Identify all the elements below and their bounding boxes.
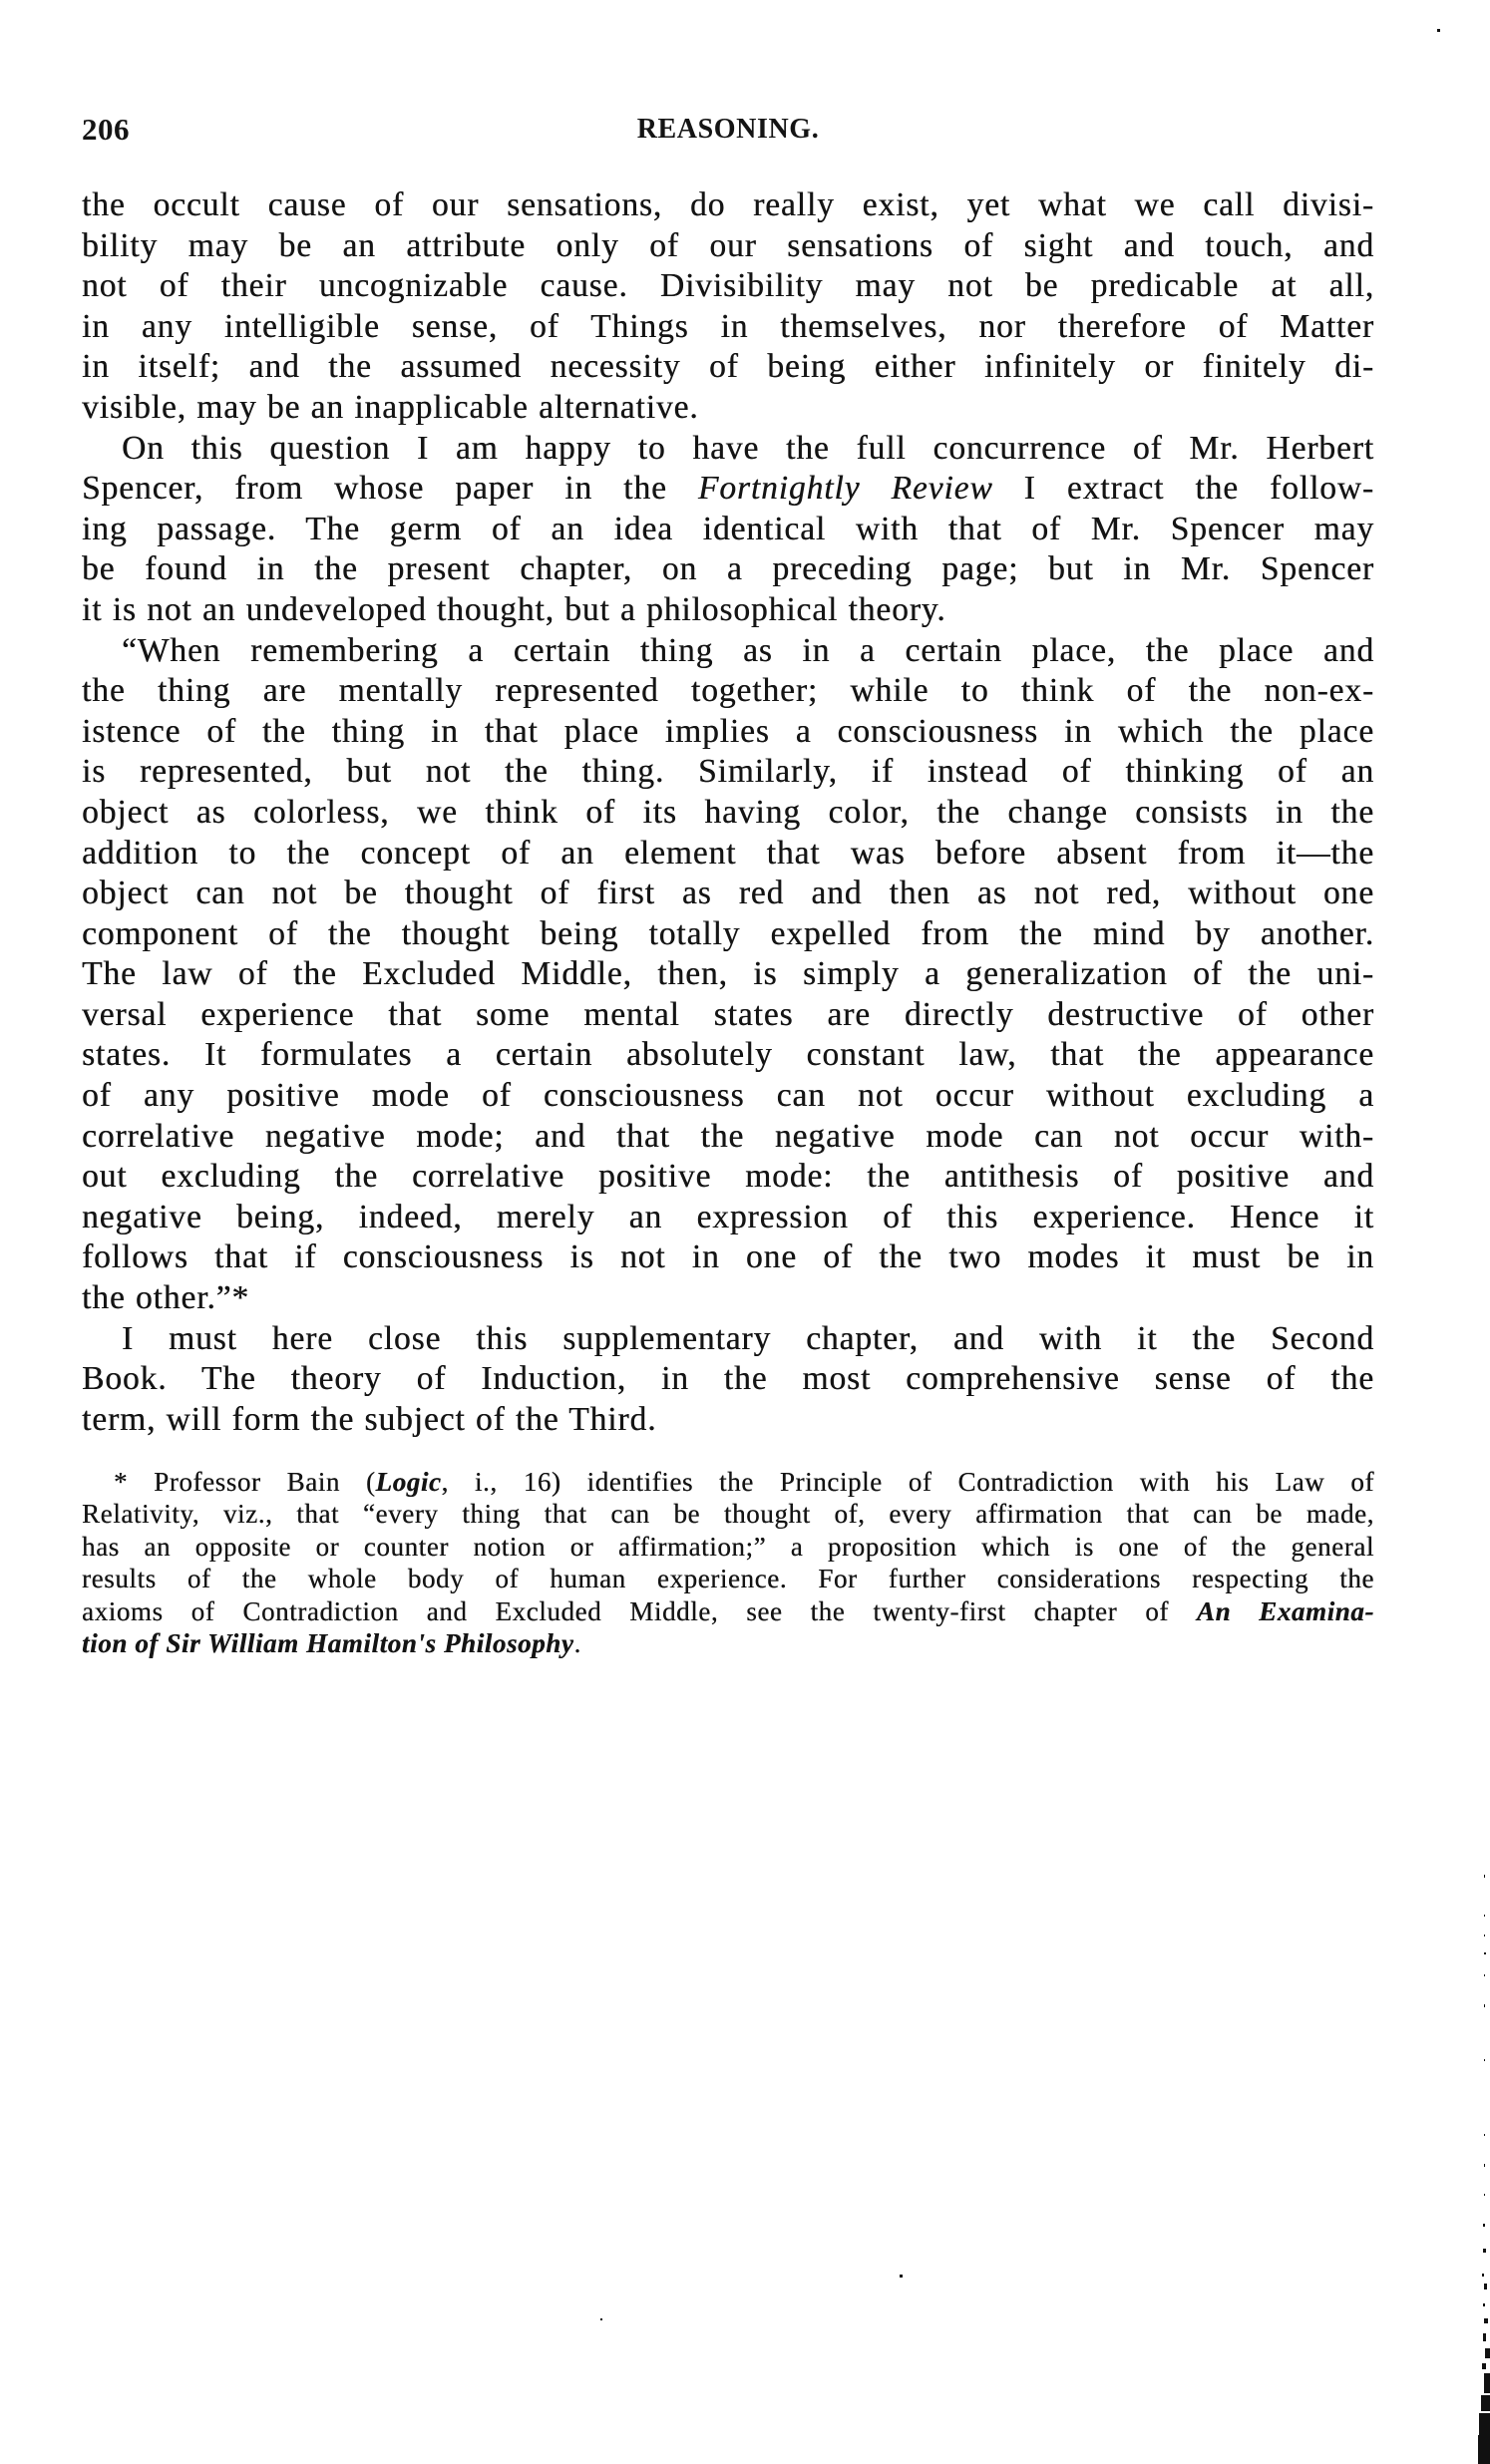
quotation-paragraph: “When remembering a certain thing as in …	[82, 631, 1374, 1319]
text-line: versal experience that some mental state…	[82, 995, 1374, 1036]
paragraph: I must here close this supplementary cha…	[82, 1319, 1374, 1441]
text-line: visible, may be an inapplicable alternat…	[82, 388, 1374, 429]
text-run: .	[573, 1628, 580, 1658]
text-line: the thing are mentally represented toget…	[82, 671, 1374, 712]
binding-edge-noise	[1476, 1865, 1490, 2464]
footnote-line: tion of Sir William Hamilton's Philosoph…	[82, 1627, 1374, 1659]
cited-title: Logic	[376, 1467, 442, 1497]
text-line: in any intelligible sense, of Things in …	[82, 307, 1374, 348]
text-line: states. It formulates a certain absolute…	[82, 1035, 1374, 1076]
book-page: 206 REASONING. the occult cause of our s…	[0, 0, 1490, 2464]
footnote-reference-line: the other.”*	[82, 1278, 1374, 1319]
text-line: istence of the thing in that place impli…	[82, 712, 1374, 753]
text-line: negative being, indeed, merely an expres…	[82, 1198, 1374, 1238]
scan-speck	[600, 2318, 602, 2320]
text-line: object can not be thought of first as re…	[82, 874, 1374, 914]
running-header: 206 REASONING.	[82, 112, 1374, 148]
cited-title: tion of Sir William Hamilton's Philosoph…	[82, 1628, 573, 1658]
text-run: , i., 16) identifies the Principle of Co…	[442, 1467, 1374, 1497]
text-line: not of their uncognizable cause. Divisib…	[82, 266, 1374, 307]
footnote: * Professor Bain (Logic, i., 16) identif…	[82, 1466, 1374, 1659]
text-line: bility may be an attribute only of our s…	[82, 226, 1374, 267]
text-line: of any positive mode of consciousness ca…	[82, 1076, 1374, 1117]
text-line: addition to the concept of an element th…	[82, 834, 1374, 875]
text-line: term, will form the subject of the Third…	[82, 1400, 1374, 1441]
scan-speck	[1437, 29, 1440, 32]
text-line: ing passage. The germ of an idea identic…	[82, 510, 1374, 550]
text-line: is represented, but not the thing. Simil…	[82, 752, 1374, 793]
footnote-line: axioms of Contradiction and Excluded Mid…	[82, 1595, 1374, 1627]
text-line: it is not an undeveloped thought, but a …	[82, 590, 1374, 631]
scan-speck	[900, 2275, 903, 2278]
text-line: Book. The theory of Induction, in the mo…	[82, 1359, 1374, 1400]
text-line: out excluding the correlative positive m…	[82, 1157, 1374, 1198]
text-line: in itself; and the assumed necessity of …	[82, 347, 1374, 388]
footnote-line: has an opposite or counter notion or aff…	[82, 1531, 1374, 1563]
footnote-line: Relativity, viz., that “every thing that…	[82, 1498, 1374, 1530]
footnote-line: results of the whole body of human exper…	[82, 1563, 1374, 1594]
text-line: I must here close this supplementary cha…	[82, 1319, 1374, 1360]
paragraph: On this question I am happy to have the …	[82, 429, 1374, 631]
text-line: component of the thought being totally e…	[82, 914, 1374, 955]
text-run: Spencer, from whose paper in the	[82, 470, 698, 507]
text-line: object as colorless, we think of its hav…	[82, 793, 1374, 834]
text-line: The law of the Excluded Middle, then, is…	[82, 954, 1374, 995]
text-run: I extract the follow-	[993, 470, 1374, 507]
text-line: the occult cause of our sensations, do r…	[82, 185, 1374, 226]
text-run: * Professor Bain (	[114, 1467, 376, 1497]
paragraph: the occult cause of our sensations, do r…	[82, 185, 1374, 429]
periodical-title: Fortnightly Review	[698, 470, 993, 507]
running-title: REASONING.	[82, 112, 1374, 148]
cited-title: An Examina-	[1197, 1596, 1374, 1626]
text-line: follows that if consciousness is not in …	[82, 1237, 1374, 1278]
text-line: Spencer, from whose paper in the Fortnig…	[82, 469, 1374, 510]
footnote-line: * Professor Bain (Logic, i., 16) identif…	[82, 1466, 1374, 1498]
text-run: axioms of Contradiction and Excluded Mid…	[82, 1596, 1197, 1626]
text-line: be found in the present chapter, on a pr…	[82, 549, 1374, 590]
text-line: correlative negative mode; and that the …	[82, 1117, 1374, 1158]
text-line: On this question I am happy to have the …	[82, 429, 1374, 470]
body-text: the occult cause of our sensations, do r…	[82, 185, 1374, 1440]
text-line: “When remembering a certain thing as in …	[82, 631, 1374, 672]
